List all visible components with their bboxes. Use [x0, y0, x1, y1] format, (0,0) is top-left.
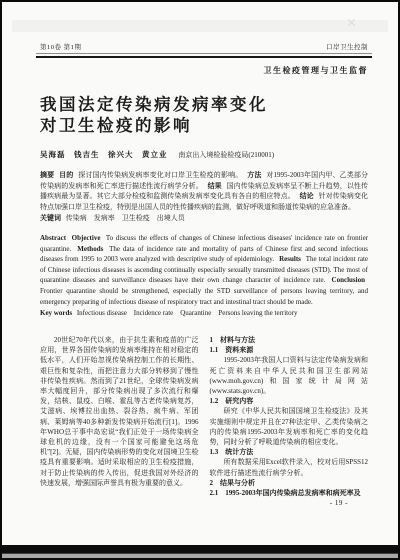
body-right-column: 1 材料与方法 1.1 资料来源 1995-2003年我国人口资料与法定传染病发…: [210, 335, 369, 498]
section-heading-1-1: 1.1 资料来源: [210, 345, 369, 355]
keywords-cn-text: 传染病 发病率 卫生检疫 出境人员: [66, 214, 185, 222]
objective-cn-label: 目的: [59, 171, 76, 179]
chinese-abstract: 摘要 目的 探讨国内传染病发病率变化对口岸卫生检疫的影响。 方法 对1995-2…: [40, 170, 368, 223]
section-paragraph-1-3: 所有数据采用Excel软件录入，校对后用SPSS12软件进行描述性流行病学分析。: [210, 457, 369, 477]
english-abstract-text: Abstract Objective To discuss the effect…: [40, 233, 368, 307]
methods-en-label: Methods: [77, 245, 106, 253]
body-left-column: 20世纪70年代以来，由于抗生素和疫苗的广泛应用，世界各国传染病的发病率维持在相…: [40, 335, 199, 498]
journal-header: 第10卷 第1期 口岸卫生控制: [40, 42, 368, 51]
section-paragraph-1-2: 研究《中华人民共和国国境卫生检疫法》及其实施细则中规定并且在27种法定甲、乙类传…: [210, 406, 369, 447]
article-title-line1: 我国法定传染病发病率变化: [40, 94, 268, 115]
methods-cn-label: 方法: [247, 171, 264, 179]
scan-smudge: [347, 18, 356, 27]
page-number: - 19 -: [330, 499, 348, 507]
chinese-abstract-text: 摘要 目的 探讨国内传染病发病率变化对口岸卫生检疫的影响。 方法 对1995-2…: [40, 170, 368, 212]
section-heading-1: 1 材料与方法: [210, 335, 369, 345]
keywords-en-text: Infectious disease Incidence rate Quaran…: [77, 309, 298, 317]
issue-label: 第10卷 第1期: [40, 42, 81, 51]
section-heading-2-1: 2.1 1995-2003年国内传染病总发病率和病死率及: [210, 488, 369, 498]
scan-bottom-margin: [2, 553, 398, 558]
author-line: 吴海磊 钱吉生 徐兴大 黄立业 南京出入境检验检疫局(210001): [40, 149, 274, 160]
conclusion-cn-label: 结论: [300, 192, 317, 200]
english-keywords: Key words Infectious disease Incidence r…: [40, 308, 368, 319]
header-rule: [36, 53, 372, 58]
conclusion-en-label: Conclusion: [332, 276, 368, 284]
section-heading-2: 2 结果与分析: [210, 478, 369, 488]
results-cn-label: 结果: [208, 182, 225, 190]
intro-paragraph: 20世纪70年代以来，由于抗生素和疫苗的广泛应用，世界各国传染病的发病率维持在相…: [40, 335, 199, 488]
scan-bottom-edge: [2, 545, 398, 553]
keywords-cn-label: 关键词: [40, 214, 64, 222]
conclusion-en-text: Frontier quarantine should be strengthen…: [40, 287, 368, 306]
body-two-columns: 20世纪70年代以来，由于抗生素和疫苗的广泛应用，世界各国传染病的发病率维持在相…: [40, 335, 368, 498]
results-en-label: Results: [279, 255, 304, 263]
article-title: 我国法定传染病发病率变化 对卫生检疫的影响: [40, 94, 268, 136]
scan-artifact-band: [12, 20, 388, 32]
objective-en-label: Objective: [72, 234, 104, 242]
article-title-line2: 对卫生检疫的影响: [40, 115, 268, 136]
author-names: 吴海磊 钱吉生 徐兴大 黄立业: [40, 150, 168, 159]
chinese-keywords: 关键词 传染病 发病率 卫生检疫 出境人员: [40, 213, 368, 224]
objective-cn-text: 探讨国内传染病发病率变化对口岸卫生检疫的影响。: [78, 171, 245, 179]
journal-title: 口岸卫生控制: [326, 42, 368, 51]
section-paragraph-1-1: 1995-2003年我国人口资料与法定传染病发病和死亡资料来自中华人民共和国卫生…: [210, 355, 369, 396]
english-abstract: Abstract Objective To discuss the effect…: [40, 233, 368, 318]
abstract-cn-label: 摘要: [40, 171, 57, 179]
keywords-en-label: Key words: [40, 309, 75, 317]
section-heading-1-2: 1.2 研究内容: [210, 396, 369, 406]
abstract-en-label: Abstract: [40, 234, 69, 242]
column-section-title: 卫生检疫管理与卫生监督: [264, 65, 369, 76]
section-heading-1-3: 1.3 统计方法: [210, 447, 369, 457]
author-affiliation: 南京出入境检验检疫局(210001): [178, 151, 274, 159]
scanned-paper-page: 第10卷 第1期 口岸卫生控制 卫生检疫管理与卫生监督 我国法定传染病发病率变化…: [0, 0, 400, 560]
